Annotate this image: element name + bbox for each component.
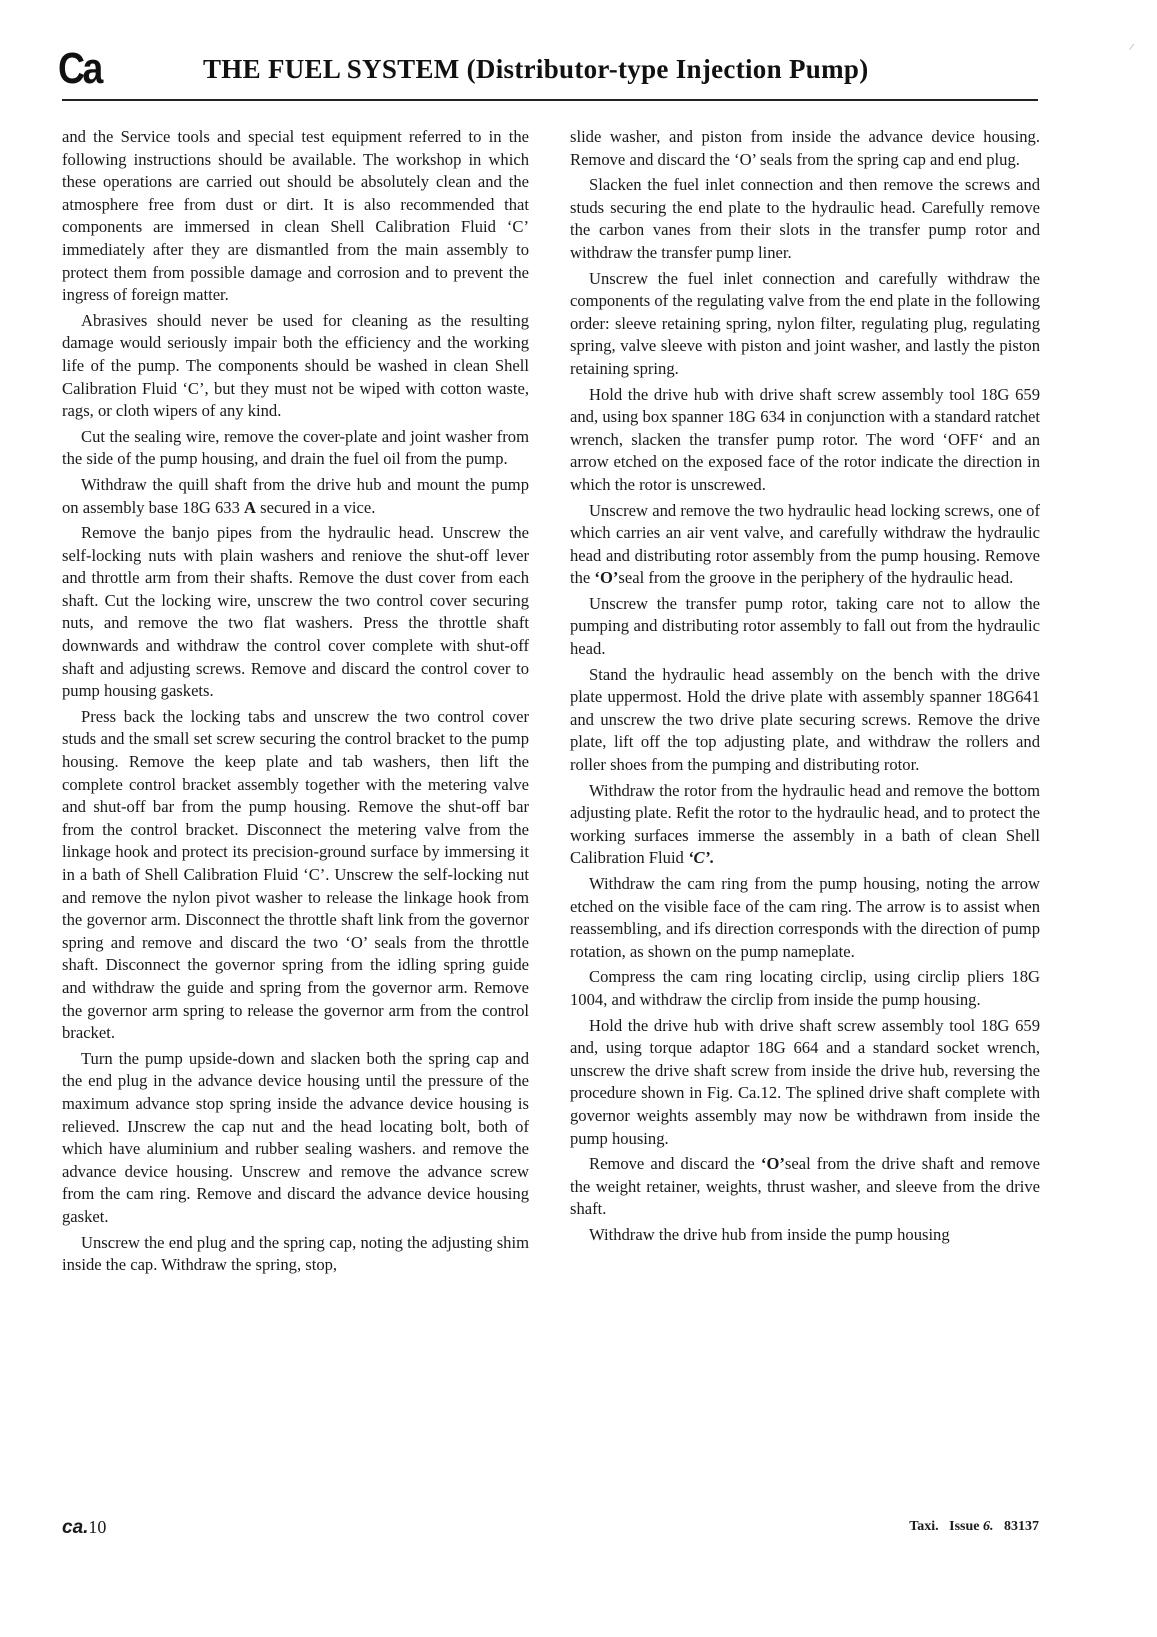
page-title: THE FUEL SYSTEM (Distributor-type Inject… — [203, 52, 868, 86]
paragraph: Hold the drive hub with drive shaft scre… — [570, 1015, 1040, 1151]
paragraph: Remove the banjo pipes from the hydrauli… — [62, 522, 529, 703]
text-run: Remove and discard the — [589, 1154, 761, 1173]
issue-info: Taxi. Issue 6. 83137 — [909, 1517, 1039, 1537]
scan-mark: / — [1128, 42, 1134, 53]
paragraph: Press back the locking tabs and unscrew … — [62, 706, 529, 1045]
paragraph: and the Service tools and special test e… — [62, 126, 529, 307]
paragraph: Turn the pump upside-down and slacken bo… — [62, 1048, 529, 1229]
paragraph: Withdraw the rotor from the hydraulic he… — [570, 780, 1040, 870]
page-number-value: 10 — [88, 1517, 106, 1537]
text-run: Withdraw the rotor from the hydraulic he… — [570, 781, 1040, 868]
paragraph: Unscrew the transfer pump rotor, taking … — [570, 593, 1040, 661]
text-run-bold: ‘O’ — [594, 568, 618, 587]
paragraph: slide washer, and piston from inside the… — [570, 126, 1040, 171]
paragraph: Unscrew and remove the two hydraulic hea… — [570, 500, 1040, 590]
issue-label: Issue — [949, 1519, 979, 1534]
text-run-bold: ‘O’ — [761, 1154, 785, 1173]
edition-label: Taxi. — [909, 1519, 938, 1534]
paragraph: Unscrew the end plug and the spring cap,… — [62, 1232, 529, 1277]
section-logo: Ca — [58, 44, 101, 94]
paragraph: Cut the sealing wire, remove the cover-p… — [62, 426, 529, 471]
text-run: seal from the groove in the periphery of… — [618, 568, 1013, 587]
paragraph: Unscrew the fuel inlet connection and ca… — [570, 268, 1040, 381]
page-number: ca.10 — [62, 1516, 106, 1539]
page-header: Ca THE FUEL SYSTEM (Distributor-type Inj… — [58, 42, 1038, 100]
right-column: slide washer, and piston from inside the… — [570, 126, 1040, 1250]
paragraph: Compress the cam ring locating circlip, … — [570, 966, 1040, 1011]
paragraph: Stand the hydraulic head assembly on the… — [570, 664, 1040, 777]
header-rule — [62, 99, 1038, 101]
paragraph: Withdraw the cam ring from the pump hous… — [570, 873, 1040, 963]
publication-code: 83137 — [1004, 1519, 1039, 1534]
text-run-bold: A — [244, 498, 256, 517]
issue-number: 6. — [983, 1519, 994, 1534]
paragraph: Slacken the fuel inlet connection and th… — [570, 174, 1040, 264]
paragraph: Withdraw the quill shaft from the drive … — [62, 474, 529, 519]
paragraph: Abrasives should never be used for clean… — [62, 310, 529, 423]
text-run: secured in a vice. — [256, 498, 375, 517]
paragraph: Withdraw the drive hub from inside the p… — [570, 1224, 1040, 1247]
text-run-bold-italic: ‘C’. — [688, 848, 714, 867]
paragraph: Hold the drive hub with drive shaft scre… — [570, 384, 1040, 497]
paragraph: Remove and discard the ‘O’seal from the … — [570, 1153, 1040, 1221]
left-column: and the Service tools and special test e… — [62, 126, 529, 1280]
page-prefix: ca. — [62, 1517, 88, 1538]
